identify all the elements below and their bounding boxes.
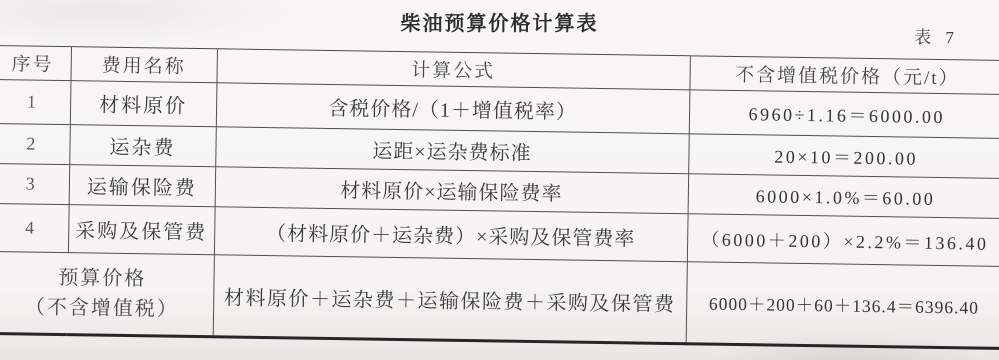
row-formula: 含税价格/（1＋增值税率） [216,83,690,134]
row-formula: 材料原价×运输保险费率 [215,167,689,214]
header-fee-name: 费用名称 [70,47,216,83]
row-formula: 运距×运杂费标准 [215,127,689,174]
row-value: 20×10＝200.00 [688,134,999,179]
header-price-excl-vat: 不含增值税价格（元/t） [689,56,999,95]
summary-row: 预算价格 （不含增值税） 材料原价＋运杂费＋运输保险费＋采购及保管费 6000＋… [0,251,999,348]
summary-formula: 材料原价＋运杂费＋运输保险费＋采购及保管费 [213,255,687,344]
header-no: 序号 [0,45,71,80]
calc-table-wrapper: 序号 费用名称 计算公式 不含增值税价格（元/t） 1 材料原价 含税价格/（1… [0,45,999,350]
row-fee-name: 运杂费 [69,125,216,167]
scanned-page: 柴油预算价格计算表 表 7 序号 费用名称 计算公式 不含增值税价格（元/t） … [0,0,999,360]
summary-name-line1: 预算价格 [0,262,211,295]
row-fee-name: 运输保险费 [69,165,216,207]
row-no: 4 [0,203,69,252]
row-no: 1 [0,79,70,124]
page-title: 柴油预算价格计算表 [0,0,999,36]
row-value: 6960÷1.16＝6000.00 [689,90,999,139]
row-value: 6000×1.0%＝60.00 [688,174,999,219]
summary-name-line2: （不含增值税） [0,292,211,325]
row-no: 3 [0,163,69,204]
summary-fee-name: 预算价格 （不含增值税） [0,251,214,336]
row-fee-name: 采购及保管费 [68,205,215,255]
row-fee-name: 材料原价 [70,81,217,127]
summary-value: 6000＋200＋60＋136.4＝6396.40 [686,262,999,349]
row-no: 2 [0,123,70,164]
row-value: （6000＋200）×2.2%＝136.40 [687,214,999,267]
diesel-price-calc-table: 序号 费用名称 计算公式 不含增值税价格（元/t） 1 材料原价 含税价格/（1… [0,45,999,350]
table-number-label: 表 7 [914,23,959,48]
row-formula: （材料原价＋运杂费）×采购及保管费率 [214,207,688,262]
